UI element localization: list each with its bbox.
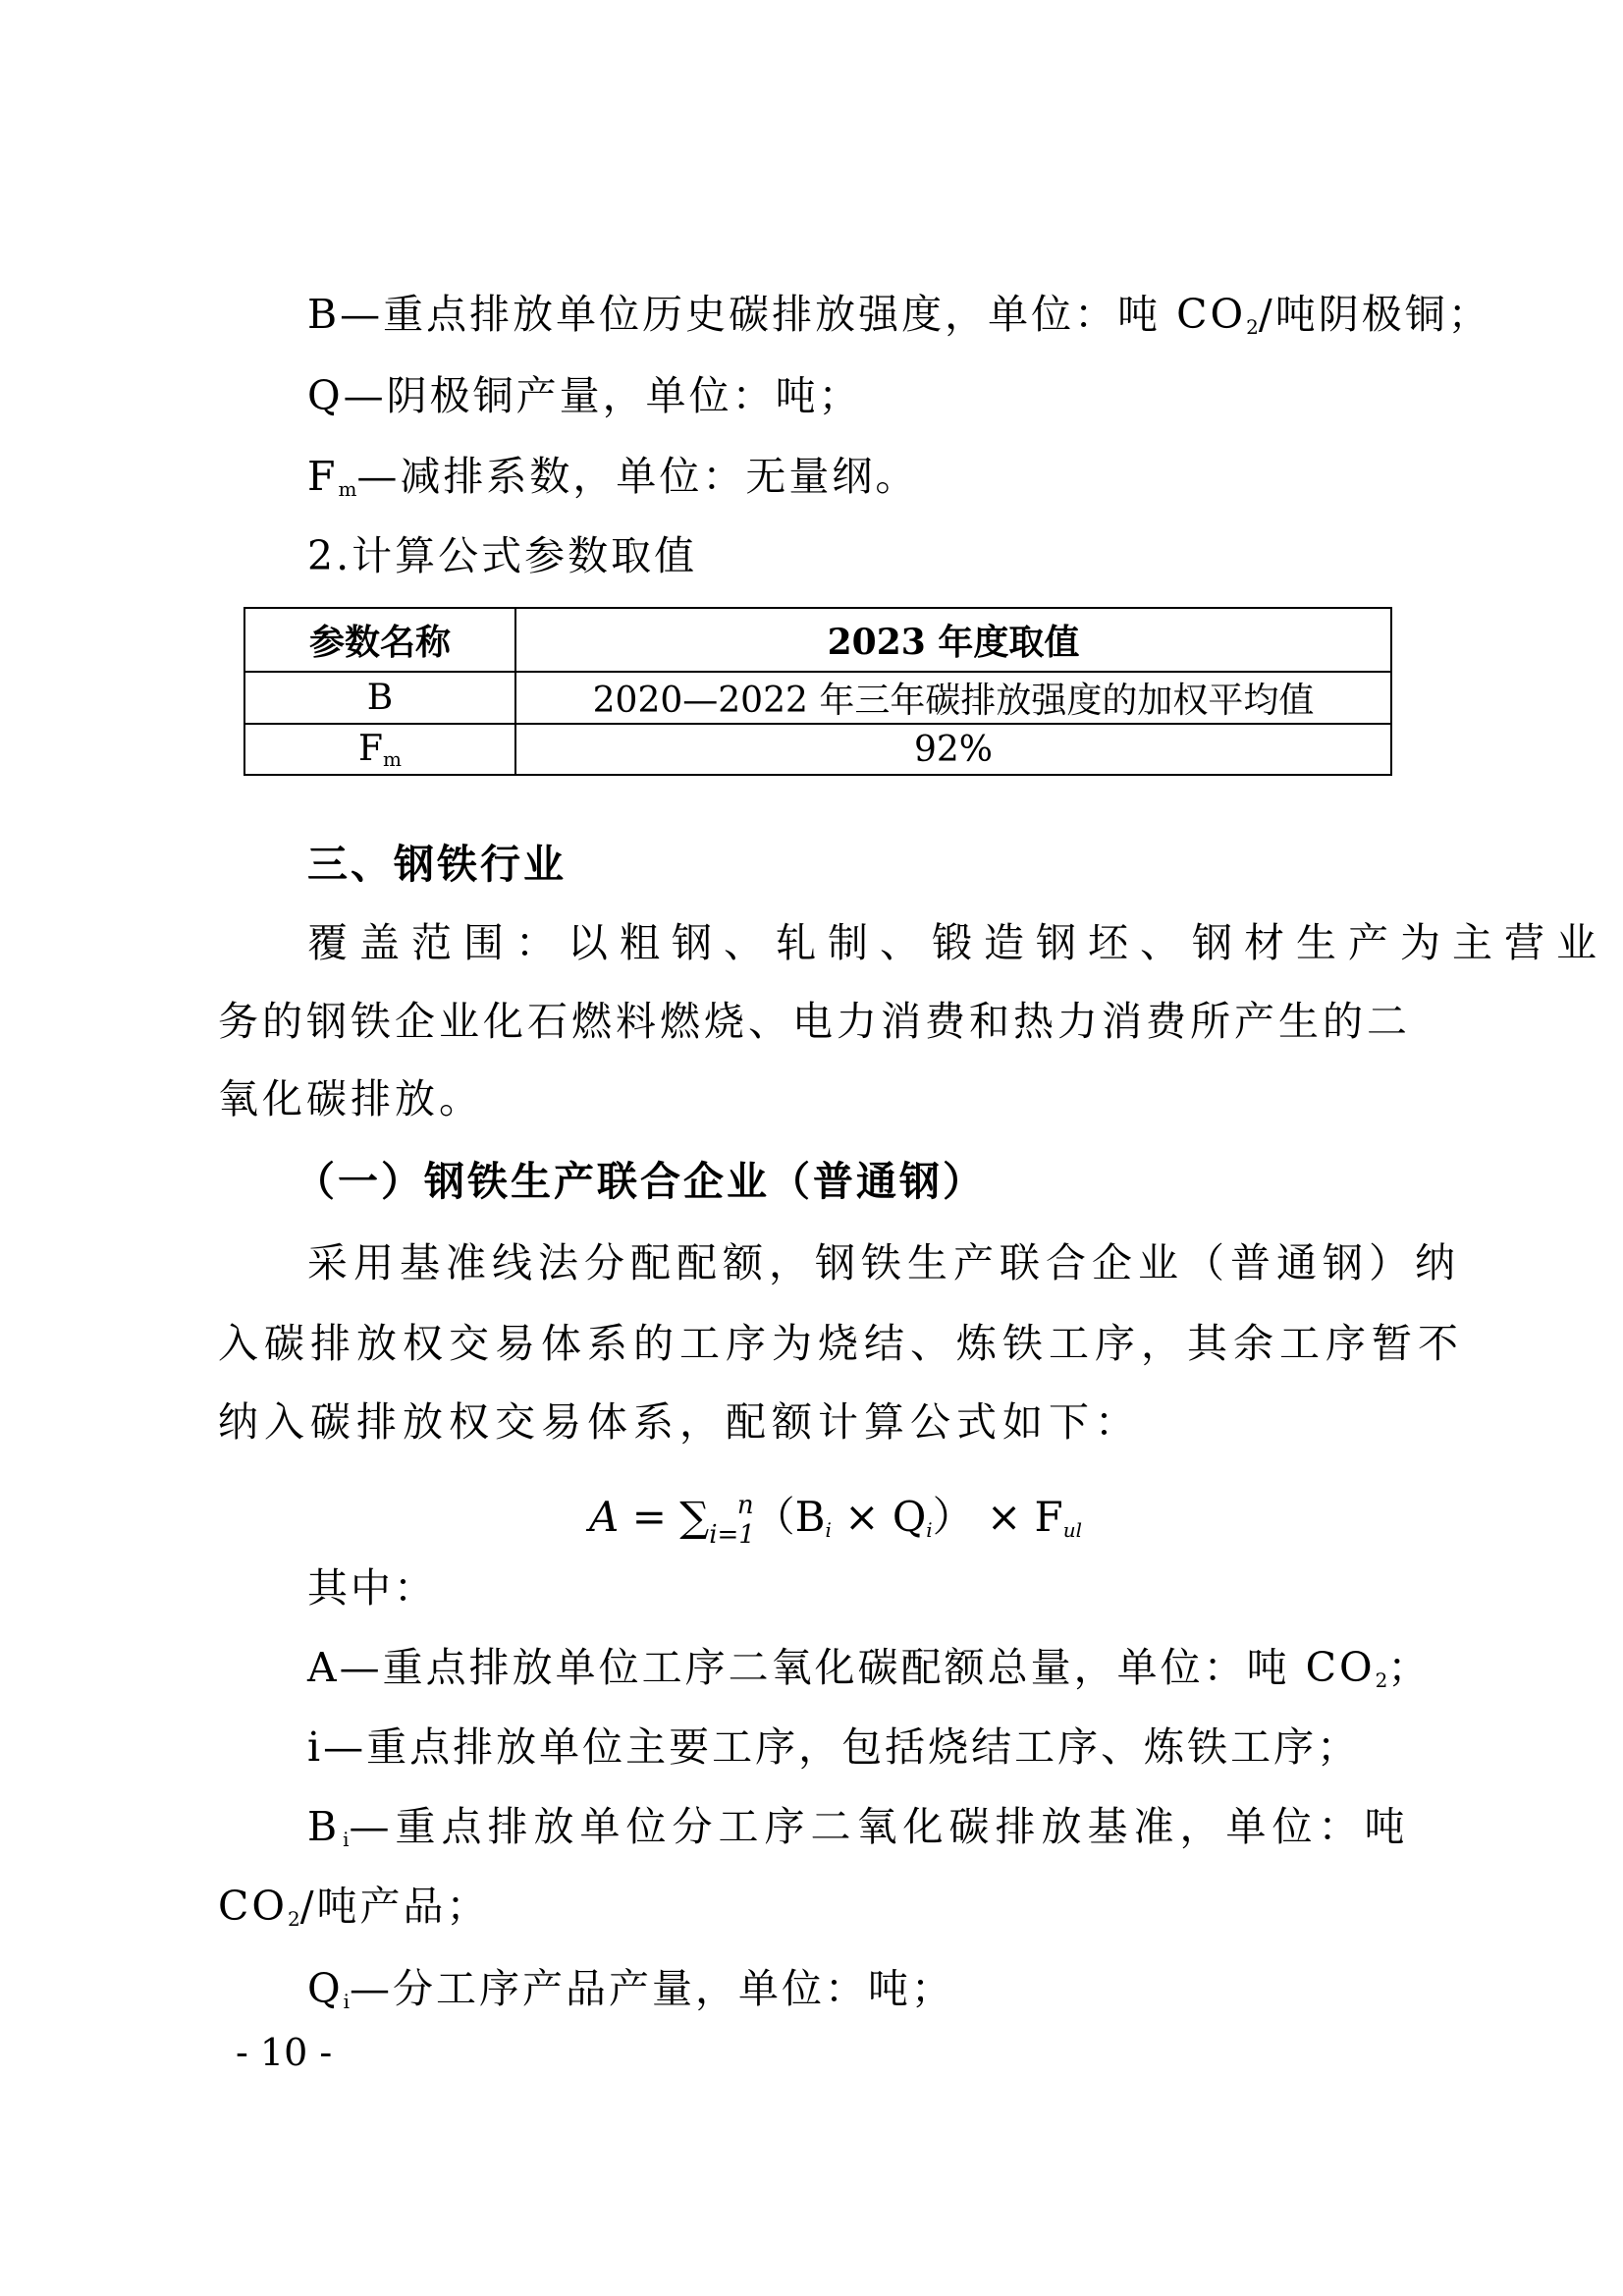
- def-symbol: Q: [307, 372, 344, 419]
- table-row: Fm 92%: [244, 724, 1391, 775]
- sub-heading: （一）钢铁生产联合企业（普通钢）: [295, 1157, 986, 1206]
- page-number: - 10 -: [236, 2031, 332, 2074]
- subheading-params: 2.计算公式参数取值: [307, 531, 697, 580]
- def-b-line: B—重点排放单位历史碳排放强度，单位：吨 CO2/吨阴极铜；: [307, 290, 1491, 352]
- allocation-formula: A = ∑i=1n（Bi × Qi） × Ful: [589, 1485, 1082, 1550]
- value-cell: 92%: [515, 724, 1391, 775]
- def-i-line: i—重点排放单位主要工序，包括烧结工序、炼铁工序；: [307, 1722, 1360, 1772]
- def-qi-line: Qi—分工序产品产量，单位：吨；: [307, 1964, 954, 2026]
- coverage-line-1: 覆盖范围：以粗钢、轧制、锻造钢坯、钢材生产为主营业: [307, 918, 1608, 967]
- def-text: —重点排放单位历史碳排放强度，单位：吨 CO: [340, 291, 1246, 338]
- header-param-name: 参数名称: [244, 608, 515, 672]
- section-heading: 三、钢铁行业: [307, 840, 567, 889]
- def-bi-line: Bi—重点排放单位分工序二氧化碳排放基准，单位：吨: [307, 1802, 1411, 1864]
- table-header-row: 参数名称 2023 年度取值: [244, 608, 1391, 672]
- def-bi-continuation: CO2/吨产品；: [218, 1882, 490, 1943]
- def-fm-line: Fm—减排系数，单位：无量纲。: [307, 452, 918, 514]
- method-line-1: 采用基准线法分配配额，钢铁生产联合企业（普通钢）纳: [307, 1238, 1461, 1287]
- coverage-line-2: 务的钢铁企业化石燃料燃烧、电力消费和热力消费所产生的二: [218, 997, 1411, 1046]
- coverage-line-3: 氧化碳排放。: [218, 1074, 483, 1123]
- method-line-3: 纳入碳排放权交易体系，配额计算公式如下：: [218, 1397, 1141, 1447]
- param-cell: Fm: [244, 724, 515, 775]
- def-text: —阴极铜产量，单位：吨；: [344, 372, 862, 419]
- where-label: 其中：: [307, 1563, 437, 1613]
- def-symbol: F: [307, 453, 338, 500]
- parameter-table: 参数名称 2023 年度取值 B 2020—2022 年三年碳排放强度的加权平均…: [243, 607, 1392, 776]
- value-cell: 2020—2022 年三年碳排放强度的加权平均值: [515, 672, 1391, 724]
- def-a-line: A—重点排放单位工序二氧化碳配额总量，单位：吨 CO2；: [307, 1643, 1431, 1705]
- def-text: —减排系数，单位：无量纲。: [356, 453, 918, 500]
- def-symbol: B: [307, 291, 340, 338]
- header-2023-value: 2023 年度取值: [515, 608, 1391, 672]
- def-q-line: Q—阴极铜产量，单位：吨；: [307, 371, 862, 420]
- param-cell: B: [244, 672, 515, 724]
- table-row: B 2020—2022 年三年碳排放强度的加权平均值: [244, 672, 1391, 724]
- method-line-2: 入碳排放权交易体系的工序为烧结、炼铁工序，其余工序暂不: [218, 1319, 1464, 1368]
